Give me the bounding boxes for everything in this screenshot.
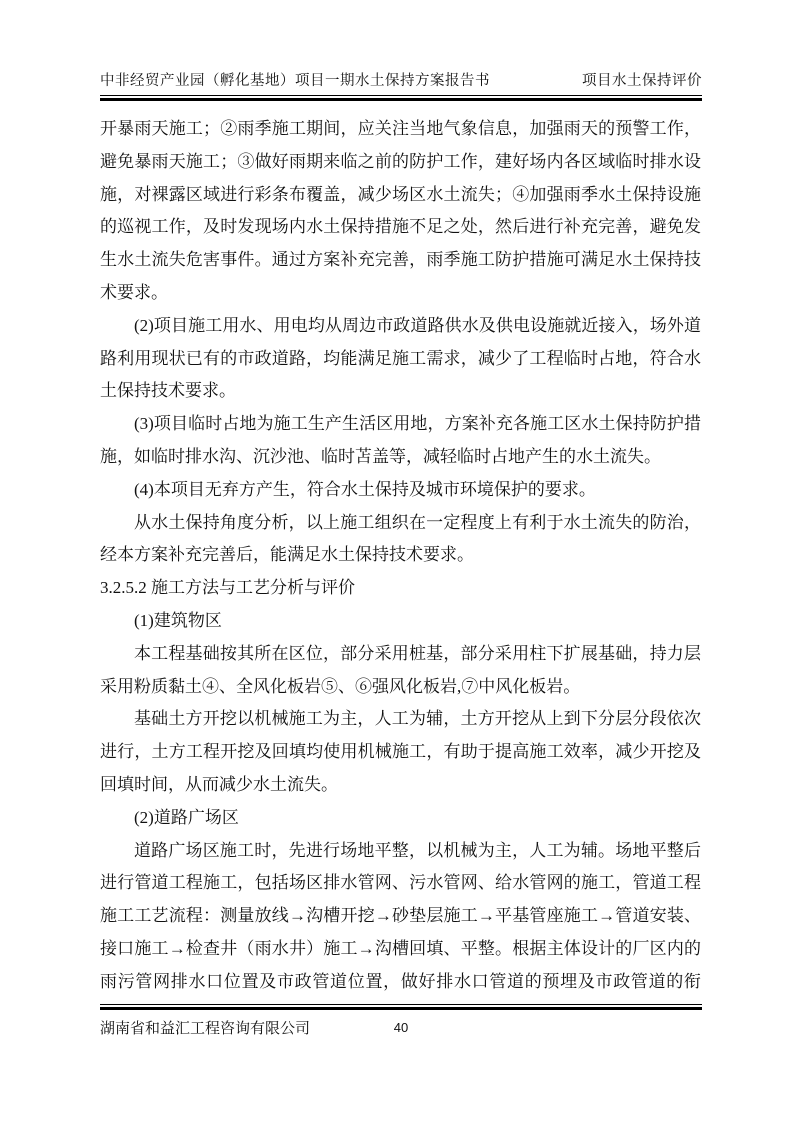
paragraph: 从水土保持角度分析，以上施工组织在一定程度上有利于水土流失的防治，经本方案补充完…	[100, 507, 701, 573]
paragraph: (2)项目施工用水、用电均从周边市政道路供水及供电设施就近接入，场外道路利用现状…	[100, 310, 701, 408]
paragraph: 基础土方开挖以机械施工为主，人工为辅，土方开挖从上到下分层分段依次进行，土方工程…	[100, 703, 701, 801]
header-title-right: 项目水土保持评价	[582, 69, 702, 90]
header-rule-thick-line	[100, 98, 702, 101]
page-header: 中非经贸产业园（孵化基地）项目一期水土保持方案报告书 项目水土保持评价	[100, 64, 702, 90]
paragraph: (3)项目临时占地为施工生产生活区用地，方案补充各施工区水土保持防护措施，如临时…	[100, 408, 701, 474]
header-title-left: 中非经贸产业园（孵化基地）项目一期水土保持方案报告书	[100, 69, 490, 90]
header-rule	[100, 95, 702, 101]
footer-rule	[100, 1004, 702, 1010]
page-number: 40	[394, 1020, 408, 1035]
paragraph: 开暴雨天施工；②雨季施工期间，应关注当地气象信息，加强雨天的预警工作，避免暴雨天…	[100, 113, 701, 310]
page-footer: 湖南省和益汇工程咨询有限公司 40	[100, 1014, 702, 1040]
document-body: 开暴雨天施工；②雨季施工期间，应关注当地气象信息，加强雨天的预警工作，避免暴雨天…	[100, 113, 701, 1003]
footer-rule-thick-line	[100, 1007, 702, 1010]
paragraph: (1)建筑物区	[100, 605, 701, 638]
paragraph: 道路广场区施工时，先进行场地平整，以机械为主，人工为辅。场地平整后进行管道工程施…	[100, 835, 701, 1003]
section-heading: 3.2.5.2 施工方法与工艺分析与评价	[100, 572, 701, 605]
paragraph: 本工程基础按其所在区位，部分采用桩基，部分采用柱下扩展基础，持力层采用粉质黏土④…	[100, 638, 701, 704]
paragraph: (4)本项目无弃方产生，符合水土保持及城市环境保护的要求。	[100, 474, 701, 507]
paragraph: (2)道路广场区	[100, 802, 701, 835]
footer-company: 湖南省和益汇工程咨询有限公司	[100, 1017, 310, 1038]
document-page: 中非经贸产业园（孵化基地）项目一期水土保持方案报告书 项目水土保持评价 开暴雨天…	[0, 0, 793, 1122]
